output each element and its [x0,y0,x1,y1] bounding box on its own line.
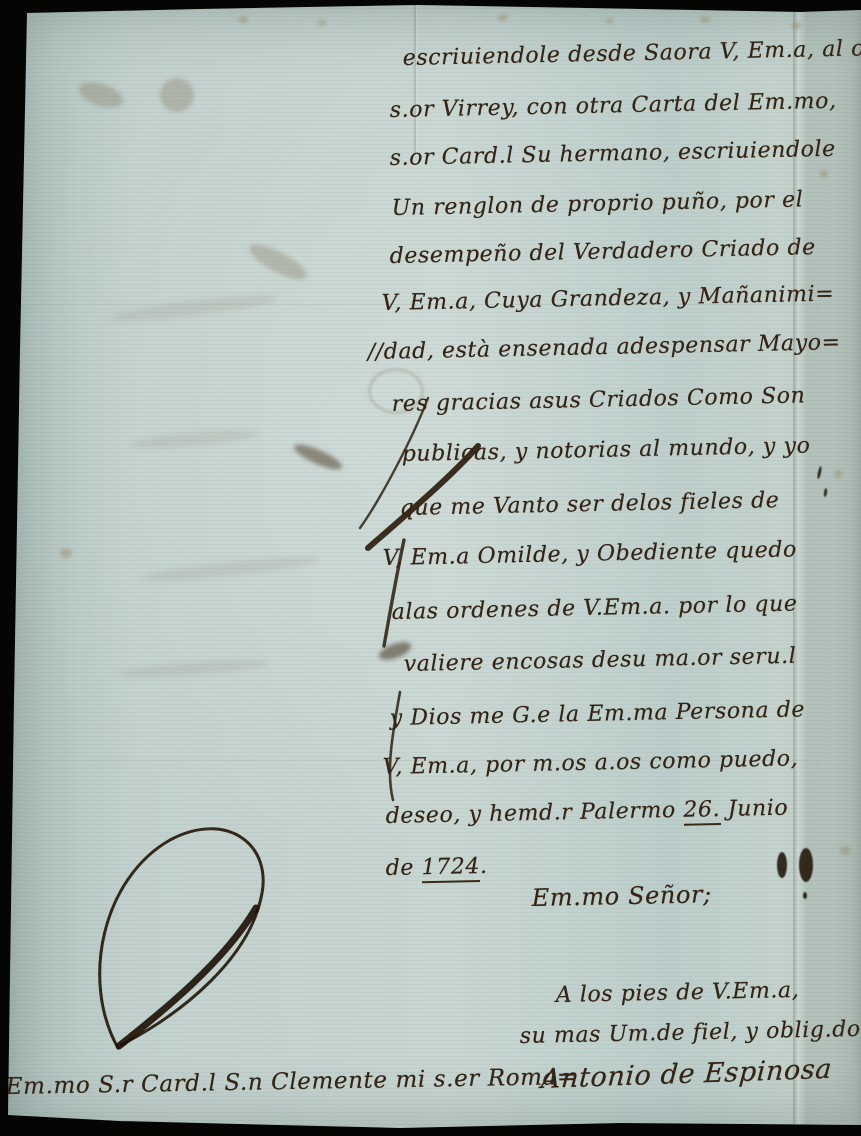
foxing-spot [60,548,72,558]
foxing-spot [238,16,248,23]
closing-line: A los pies de V.Em.a, [555,978,799,1008]
manuscript-scan: escriuiendole desde Saora V, Em.a, al ot… [0,0,861,1136]
ink-smudge [157,75,197,115]
body-line: V, Em.a Omilde, y Obediente quedo [382,537,797,571]
year-line-post: . [480,854,488,879]
top-crease [413,5,418,155]
ink-smudge [245,238,311,286]
ink-smudge [76,77,127,112]
body-line: s.or Card.l Su hermano, escriuiendole [389,137,836,171]
body-line: valiere encosas desu ma.or seru.l [403,644,796,677]
show-through-writing [110,290,281,327]
show-through-writing [120,657,271,680]
foxing-spot [700,16,710,23]
show-through-writing [140,553,320,586]
body-line: que me Vanto ser delos fieles de [399,488,779,521]
show-through-writing [130,426,261,451]
body-line: //dad, està ensenada adespensar Mayo= [367,330,840,365]
foxing-spot [606,18,613,24]
date-day: 26. [683,797,720,826]
address-line: Em.mo S.r Card.l S.n Clemente mi s.er Ro… [6,1064,577,1100]
date-year: 1724 [421,854,480,883]
year-line: de 1724. [385,854,487,881]
body-line: s.or Virrey, con otra Carta del Em.mo, [389,89,836,123]
body-line: y Dios me G.e la Em.ma Persona de [389,697,805,731]
salutation-line: Em.mo Señor; [531,880,712,912]
body-line: V, Em.a, Cuya Grandeza, y Mañanimi= [381,282,834,316]
body-line: Un renglon de proprio puño, por el [391,187,803,221]
year-line-pre: de [385,855,421,881]
ink-blot [777,852,787,878]
foxing-spot [318,20,326,26]
body-line: V, Em.a, por m.os a.os como puedo, [382,746,798,780]
date-line-pre: deseo, y hemd.r Palermo [385,798,683,829]
ink-smudge [291,440,344,474]
body-line: alas ordenes de V.Em.a. por lo que [391,592,797,625]
date-line-post: Junio [720,796,789,822]
vertical-fold-crease [793,0,861,1136]
body-line: res gracias asus Criados Como Son [391,383,805,417]
foxing-spot [498,14,507,21]
signature: Antonio de Espinosa [540,1054,833,1095]
letter-page: escriuiendole desde Saora V, Em.a, al ot… [0,0,861,1136]
body-line: publicas, y notorias al mundo, y yo [401,433,810,467]
body-line: desempeño del Verdadero Criado de [389,235,816,269]
date-line: deseo, y hemd.r Palermo 26. Junio [385,796,788,829]
